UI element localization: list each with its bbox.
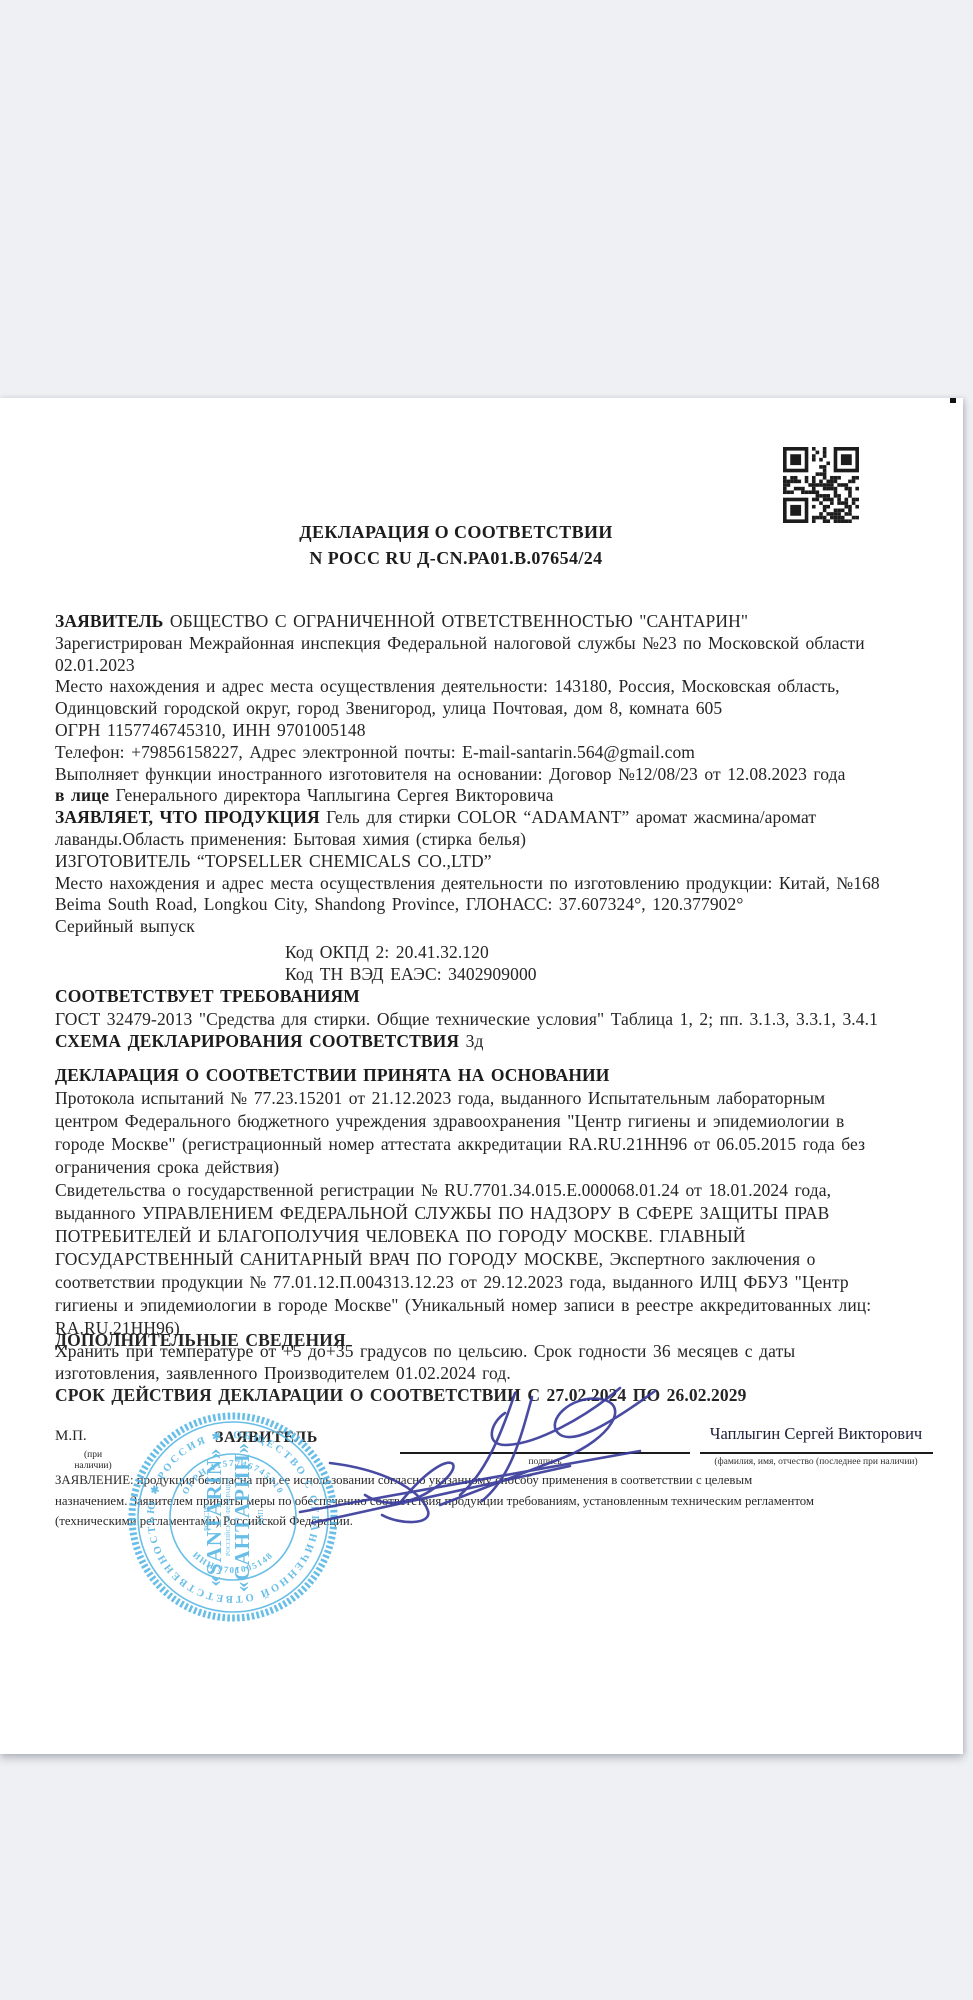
okpd-code: Код ОКПД 2: 20.41.32.120 [285, 941, 537, 963]
requirements-block: СООТВЕТСТВУЕТ ТРЕБОВАНИЯМ ГОСТ 32479-201… [55, 985, 878, 1053]
text-line: 02.01.2023 [55, 655, 880, 677]
document-title: ДЕКЛАРАЦИЯ О СООТВЕТСТВИИ N РОСС RU Д-CN… [0, 519, 912, 571]
text-line: ИЗГОТОВИТЕЛЬ “TOPSELLER CHEMICALS CO.,LT… [55, 851, 880, 873]
text-line: центром Федерального бюджетного учрежден… [55, 1110, 871, 1133]
title-line-1: ДЕКЛАРАЦИЯ О СООТВЕТСТВИИ [0, 519, 912, 545]
name-caption: (фамилия, имя, отчество (последнее при н… [688, 1457, 944, 1467]
text-line: ГОСТ 32479-2013 "Средства для стирки. Об… [55, 1008, 878, 1031]
text-line: ПОТРЕБИТЕЛЕЙ И БЛАГОПОЛУЧИЯ ЧЕЛОВЕКА ПО … [55, 1225, 871, 1248]
text-line: Beima South Road, Longkou City, Shandong… [55, 894, 880, 916]
text-line: Место нахождения и адрес места осуществл… [55, 676, 880, 698]
tnved-code: Код ТН ВЭД ЕАЭС: 3402909000 [285, 963, 537, 985]
text-line: СООТВЕТСТВУЕТ ТРЕБОВАНИЯМ [55, 985, 878, 1008]
name-line [700, 1452, 933, 1454]
text-line: ЗАЯВЛЯЕТ, ЧТО ПРОДУКЦИЯ Гель для стирки … [55, 807, 880, 829]
text-line: Телефон: +79856158227, Адрес электронной… [55, 742, 880, 764]
title-line-2: N РОСС RU Д-CN.РА01.В.07654/24 [0, 545, 912, 571]
qr-code [783, 447, 859, 523]
text-line: городе Москве" (регистрационный номер ат… [55, 1133, 871, 1156]
text-line: Хранить при температуре от +5 до+35 град… [55, 1340, 795, 1362]
text-line: ЗАЯВИТЕЛЬ ОБЩЕСТВО С ОГРАНИЧЕННОЙ ОТВЕТС… [55, 611, 880, 633]
text-line: Одинцовский городской округ, город Звени… [55, 698, 880, 720]
stamp-place-note: (при наличии) [68, 1450, 118, 1472]
declarant-block: ЗАЯВИТЕЛЬ ОБЩЕСТВО С ОГРАНИЧЕННОЙ ОТВЕТС… [55, 611, 880, 938]
text-line: Выполняет функции иностранного изготовит… [55, 764, 880, 786]
stamp-kpp-text: КПП [257, 1510, 265, 1525]
text-line: Место нахождения и адрес места осуществл… [55, 873, 880, 895]
text-line: выданного УПРАВЛЕНИЕМ ФЕДЕРАЛЬНОЙ СЛУЖБЫ… [55, 1202, 871, 1225]
text-line: соответствии продукции № 77.01.12.П.0043… [55, 1271, 871, 1294]
storage-block: Хранить при температуре от +5 до+35 град… [55, 1340, 795, 1384]
text-line: Зарегистрирован Межрайонная инспекция Фе… [55, 633, 880, 655]
document-page: ДЕКЛАРАЦИЯ О СООТВЕТСТВИИ N РОСС RU Д-CN… [0, 398, 963, 1754]
stamp-russia-text: РОССИЯ [203, 1503, 211, 1532]
text-line: Свидетельства о государственной регистра… [55, 1179, 871, 1202]
text-line: лаванды.Область применения: Бытовая хими… [55, 829, 880, 851]
text-line: гигиены и эпидемиологии в городе Москве"… [55, 1294, 871, 1317]
text-line: ДЕКЛАРАЦИЯ О СООТВЕТСТВИИ ПРИНЯТА НА ОСН… [55, 1064, 871, 1087]
text-line: Серийный выпуск [55, 916, 880, 938]
text-line: в лице Генерального директора Чаплыгина … [55, 785, 880, 807]
page-corner-mark [950, 398, 956, 403]
text-line: ГОСУДАРСТВЕННЫЙ САНИТАРНЫЙ ВРАЧ ПО ГОРОД… [55, 1248, 871, 1271]
text-line: ограничения срока действия) [55, 1156, 871, 1179]
signatory-name: Чаплыгин Сергей Викторович [696, 1424, 936, 1444]
product-codes: Код ОКПД 2: 20.41.32.120 Код ТН ВЭД ЕАЭС… [285, 941, 537, 985]
handwritten-signature [270, 1383, 710, 1533]
text-line: Протокола испытаний № 77.23.15201 от 21.… [55, 1087, 871, 1110]
screenshot-root: { "title": { "line1": "ДЕКЛАРАЦИЯ О СООТ… [0, 0, 973, 2000]
text-line: СХЕМА ДЕКЛАРИРОВАНИЯ СООТВЕТСТВИЯ 3д [55, 1030, 878, 1053]
stamp-place-label: М.П. [55, 1428, 87, 1445]
text-line: ОГРН 1157746745310, ИНН 9701005148 [55, 720, 880, 742]
basis-block: ДЕКЛАРАЦИЯ О СООТВЕТСТВИИ ПРИНЯТА НА ОСН… [55, 1064, 871, 1340]
text-line: изготовления, заявленного Производителем… [55, 1362, 795, 1384]
stamp-name-cyrillic: «САНТАРИН» [230, 1442, 254, 1592]
